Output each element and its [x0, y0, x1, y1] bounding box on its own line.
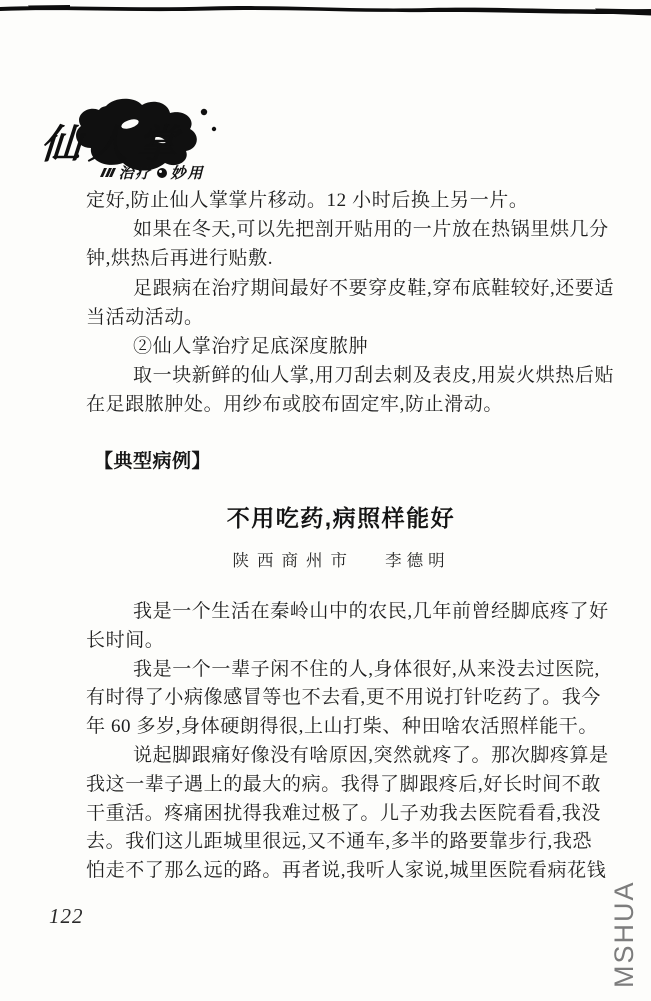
text-line: 取一块新鲜的仙人掌,用刀刮去刺及表皮,用炭火烘热后贴 [86, 361, 590, 390]
text-line: 说起脚跟痛好像没有啥原因,突然就疼了。那次脚疼算是 [86, 742, 590, 771]
text-line: 在足跟脓肿处。用纱布或胶布固定牢,防止滑动。 [86, 390, 590, 419]
page-number: 122 [49, 904, 84, 929]
text-line: 我这一辈子遇上的最大的病。我得了脚跟疼后,好长时间不敢 [86, 771, 590, 800]
text-line: ②仙人掌治疗足底深度脓肿 [86, 332, 590, 361]
text-line: 干重活。疼痛困扰得我难过极了。儿子劝我去医院看看,我没 [86, 800, 590, 829]
book-logo: 仙人掌 治疗 妙用 [44, 98, 254, 184]
text-line: 我是一个一辈子闲不住的人,身体很好,从来没去过医院, [86, 656, 590, 685]
text-line: 有时得了小病像感冒等也不去看,更不用说打针吃药了。我今 [86, 684, 590, 713]
text-line: 钟,烘热后再进行贴敷. [86, 244, 590, 273]
scan-artifact-line [0, 2, 651, 18]
byline: 陕西商州市 李德明 [86, 547, 596, 571]
text-line: 足跟病在治疗期间最好不要穿皮鞋,穿布底鞋较好,还要适 [86, 274, 590, 303]
text-line: 怕走不了那么远的路。再者说,我听人家说,城里医院看病花钱 [86, 857, 590, 886]
flourish-marks-icon [102, 168, 114, 177]
logo-subtitle: 治疗 妙用 [102, 162, 205, 183]
text-line: 去。我们这儿距城里很远,又不通车,多半的路要靠步行,我恐 [86, 828, 590, 857]
text-line: 当活动活动。 [86, 303, 590, 332]
text-line: 年 60 多岁,身体硬朗得很,上山打柴、种田啥农活照样能干。 [86, 713, 590, 742]
case-title: 不用吃药,病照样能好 [86, 500, 596, 533]
logo-subtitle-suffix: 妙用 [171, 162, 205, 183]
text-line: 如果在冬天,可以先把剖开贴用的一片放在热锅里烘几分 [86, 215, 590, 244]
byline-author: 李德明 [385, 551, 450, 570]
logo-title-text: 仙人掌 [44, 122, 186, 167]
section-label: 【典型病例】 [94, 446, 211, 473]
logo-subtitle-prefix: 治疗 [119, 162, 153, 183]
byline-location: 陕西商州市 [232, 551, 355, 570]
scanned-book-page: 仙人掌 治疗 妙用 定好,防止仙人掌掌片移动。12 小时后换上另一片。 如果在冬… [0, 0, 651, 1001]
treatment-instructions: 定好,防止仙人掌掌片移动。12 小时后换上另一片。 如果在冬天,可以先把剖开贴用… [86, 186, 590, 420]
text-line: 长时间。 [86, 627, 590, 656]
text-line: 定好,防止仙人掌掌片移动。12 小时后换上另一片。 [86, 186, 590, 215]
watermark-text: MSHUA [609, 880, 640, 988]
patient-story: 我是一个生活在秦岭山中的农民,几年前曾经脚底疼了好 长时间。 我是一个一辈子闲不… [86, 598, 590, 886]
logo-dot-icon [157, 168, 167, 178]
text-line: 我是一个生活在秦岭山中的农民,几年前曾经脚底疼了好 [86, 598, 590, 627]
